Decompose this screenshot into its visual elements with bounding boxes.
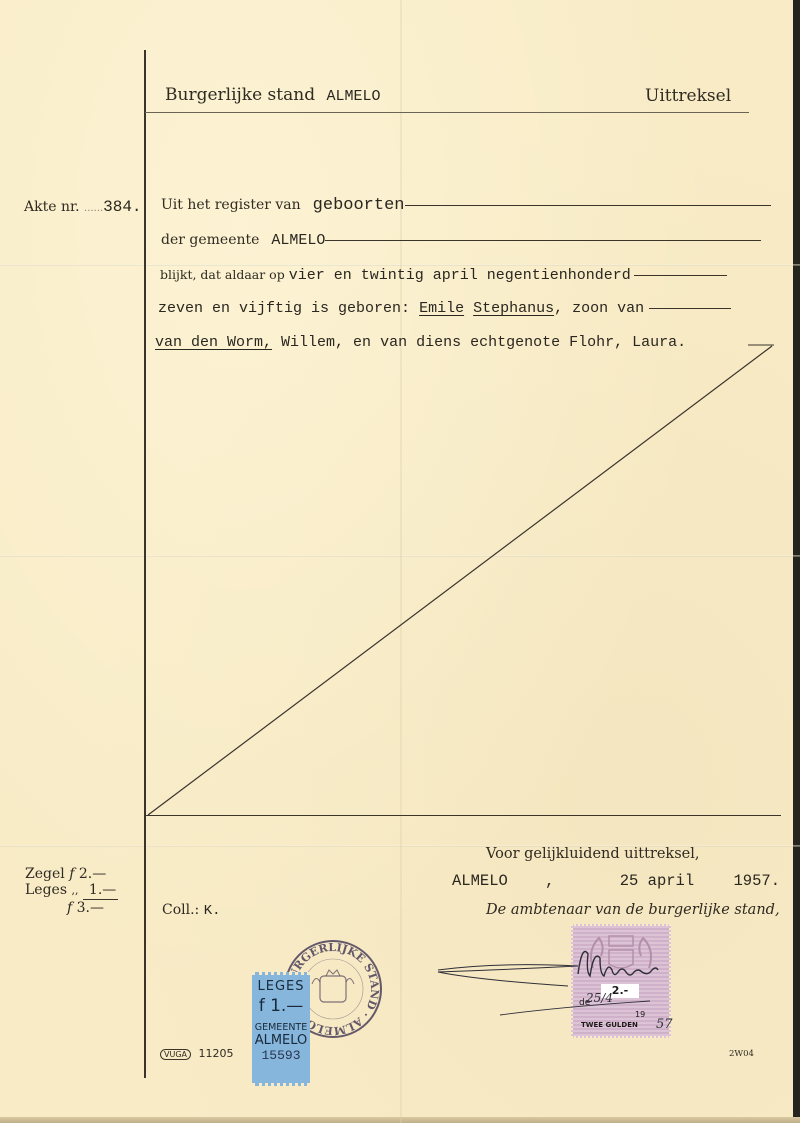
akte-number: Akte nr. ......384. [24,198,142,216]
fee-total: f 3.— [25,900,118,916]
issue-date: 25 april [620,872,694,890]
leges-label: Leges [25,882,67,898]
header-document-type: Uittreksel [645,86,731,106]
place-date-line: ALMELO , 25 april 1957. [452,872,780,890]
fees-block: Zegel f 2.— Leges ,, 1.— f 3.— [25,866,118,916]
stamp-amount: f 1.— [252,996,310,1016]
fill-line [325,240,761,241]
akte-label: Akte nr. [24,199,80,215]
municipality-label: der gemeente [161,232,259,248]
zegel-label: Zegel [25,866,65,882]
header-title: Burgerlijke stand ALMELO [165,85,381,105]
birth-date-text: vier en twintig april negentienhonderd [289,267,631,284]
coll-value: K. [204,903,221,919]
coll-label: Coll.: [162,902,199,918]
body-line-parents: van den Worm, Willem, en van diens echtg… [155,334,686,351]
total-amount: 3.— [77,900,104,916]
official-signature: 25/4 57 [430,940,730,1030]
official-title: De ambtenaar van de burgerlijke stand, [486,902,780,918]
stamp-serial: 15593 [252,1048,310,1063]
svg-text:25/4: 25/4 [585,991,613,1005]
collation: Coll.: K. [162,902,221,919]
issue-year: 1957. [733,872,780,890]
son-of-text: , zoon van [554,300,644,317]
fee-zegel: Zegel f 2.— [25,866,118,882]
register-label: Uit het register van [161,197,301,213]
father-surname: van den Worm, [155,334,272,351]
akte-value: 384. [103,198,141,216]
leges-fee-stamp: LEGES f 1.— GEMEENTE ALMELO 15593 [252,972,310,1086]
fill-line [405,205,771,206]
parents-text: Willem, en van diens echtgenote Flohr, L… [281,334,686,351]
currency-symbol: f [69,866,74,882]
ditto-mark: ,, [71,884,78,897]
body-line-child: zeven en vijftig is geboren: Emile Steph… [158,300,731,317]
issue-place: ALMELO [452,872,508,890]
fill-line [649,308,731,309]
stamp-title: LEGES [252,979,310,994]
printer-imprint: VUGA 11205 [160,1047,234,1060]
stamp-city: ALMELO [252,1033,310,1048]
municipality-value: ALMELO [271,232,325,249]
zegel-amount: 2.— [79,866,106,882]
leges-amount: 1.— [83,882,118,900]
akte-dots: ...... [84,203,103,214]
child-given-name-1: Emile [419,300,464,317]
svg-text:57: 57 [656,1017,673,1030]
body-line-municipality: der gemeente ALMELO [161,231,765,249]
child-given-name-2: Stephanus [473,300,554,317]
register-value: geboorten [313,196,405,215]
header-label: Burgerlijke stand [165,85,315,105]
separator: , [545,872,554,890]
header-municipality: ALMELO [326,88,380,105]
birth-year-text: zeven en vijftig is geboren: [158,300,410,317]
date-label: blijkt, dat aldaar op [160,267,285,282]
form-code: 2W04 [729,1049,754,1059]
fee-leges: Leges ,, 1.— [25,882,118,899]
stamp-issuer: GEMEENTE [252,1022,310,1033]
form-number: 11205 [199,1047,234,1060]
certification-text: Voor gelijkluidend uittreksel, [486,846,699,862]
fill-line [634,275,727,276]
currency-symbol: f [67,900,72,916]
body-line-register: Uit het register van geboorten [161,196,765,215]
body-line-date: blijkt, dat aldaar op vier en twintig ap… [160,266,727,284]
printer-mark: VUGA [160,1049,191,1060]
